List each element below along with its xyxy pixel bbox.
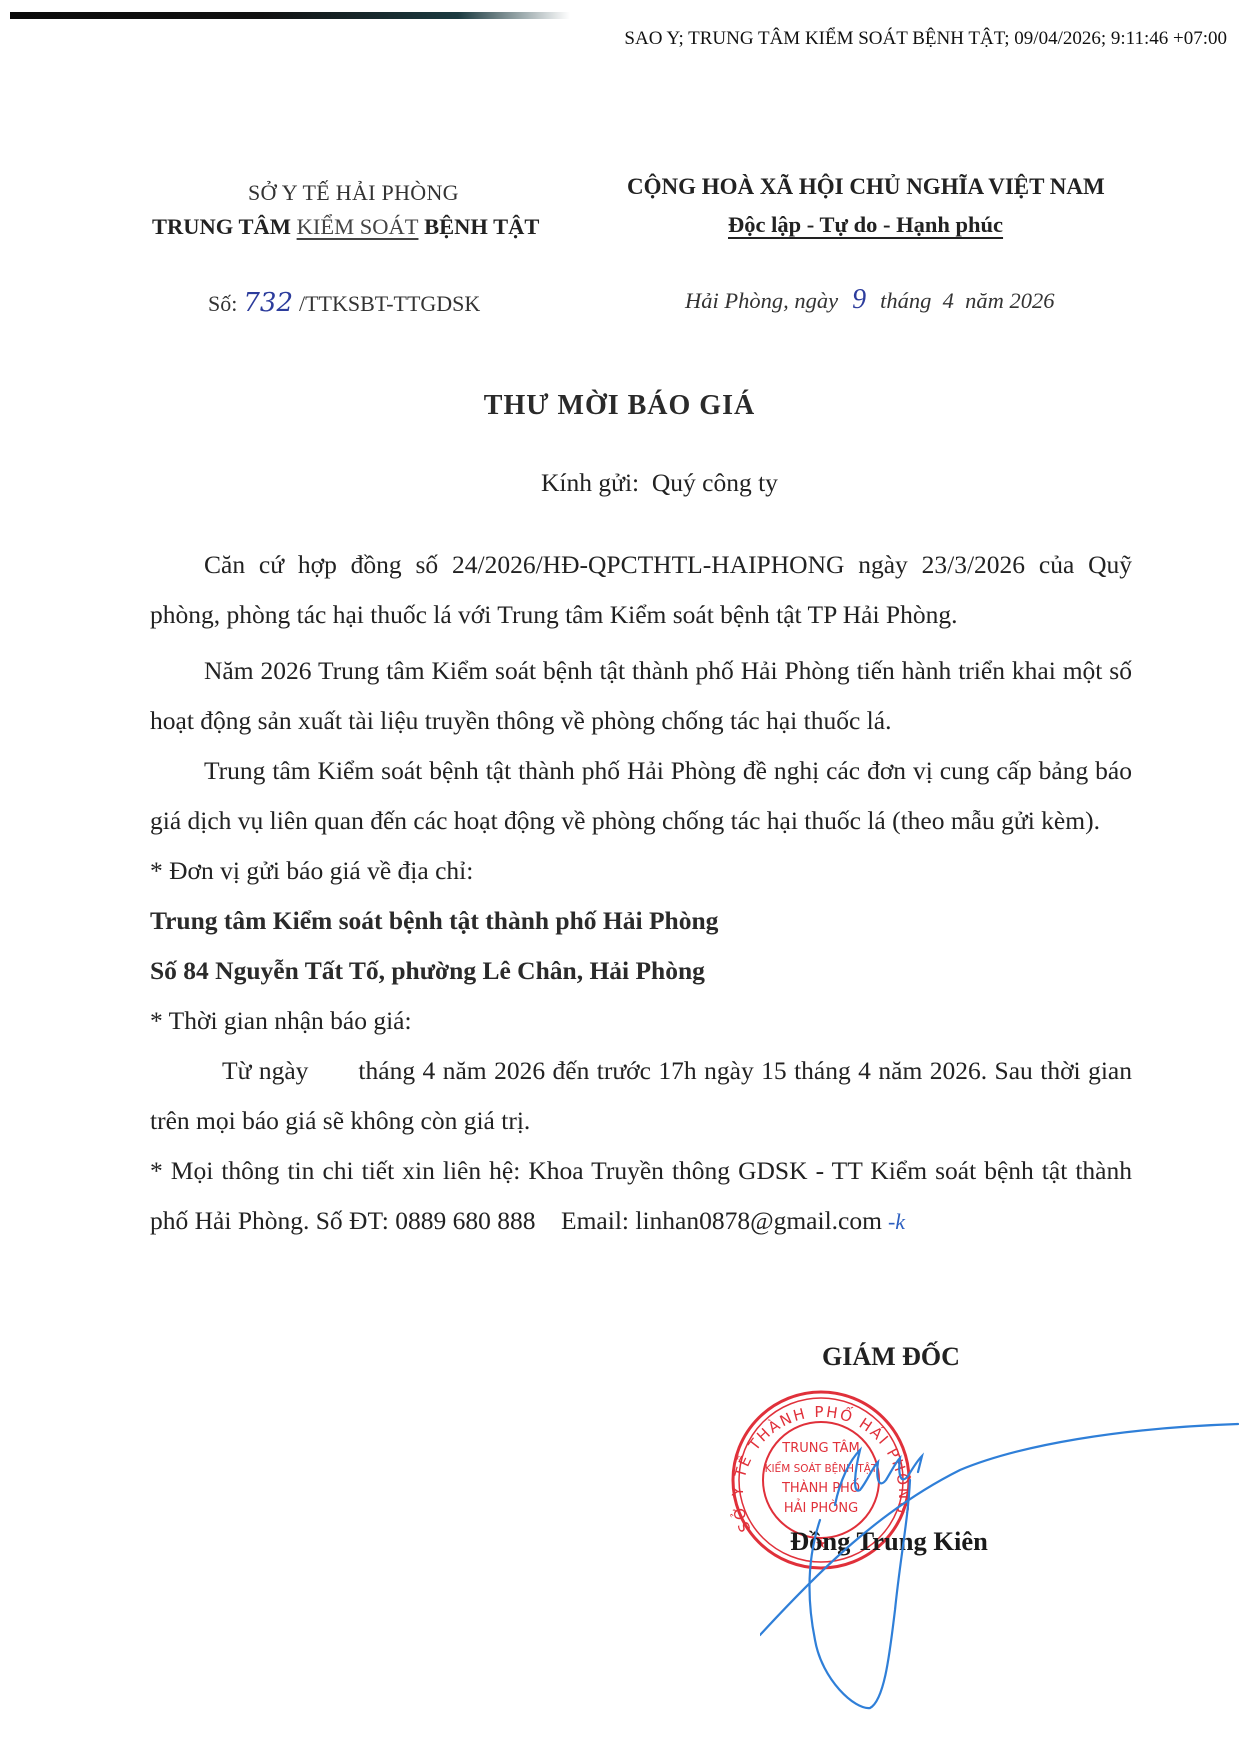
document-number-handwritten: 732 (243, 288, 293, 318)
parent-organization: SỞ Y TẾ HẢI PHÒNG (248, 180, 459, 206)
recipient-line: Kính gửi: Quý công ty (541, 468, 778, 498)
document-title: THƯ MỜI BÁO GIÁ (0, 390, 1239, 422)
document-date: Hải Phòng, ngày9tháng 4 năm 2026 (685, 284, 1054, 316)
time-period: Từ ngàytháng 4 năm 2026 đến trước 17h ng… (150, 1046, 1132, 1146)
paragraph-activities: Năm 2026 Trung tâm Kiểm soát bệnh tật th… (150, 646, 1132, 746)
org-name-suffix: BỆNH TẬT (418, 214, 539, 239)
address-line-organization: Trung tâm Kiểm soát bệnh tật thành phố H… (150, 896, 1132, 946)
time-label: * Thời gian nhận báo giá: (150, 996, 1132, 1046)
svg-text:HẢI PHÒNG: HẢI PHÒNG (784, 1499, 858, 1516)
svg-text:TRUNG TÂM: TRUNG TÂM (781, 1440, 859, 1456)
org-name-underlined: KIỂM SOÁT (297, 214, 419, 239)
signatory-name: Đồng Trung Kiên (790, 1526, 988, 1557)
copy-certification-header: SAO Y; TRUNG TÂM KIỂM SOÁT BỆNH TẬT; 09/… (624, 28, 1227, 50)
svg-text:THÀNH PHỐ: THÀNH PHỐ (781, 1479, 860, 1496)
paragraph-contract-basis: Căn cứ hợp đồng số 24/2026/HĐ-QPCTHTL-HA… (150, 540, 1132, 640)
document-number-code: /TTKSBT-TTGDSK (299, 291, 480, 316)
document-body: Căn cứ hợp đồng số 24/2026/HĐ-QPCTHTL-HA… (150, 540, 1132, 1247)
signatory-title: GIÁM ĐỐC (822, 1342, 960, 1372)
national-title: CỘNG HOÀ XÃ HỘI CHỦ NGHĨA VIỆT NAM (627, 174, 1105, 200)
issuing-organization: TRUNG TÂM KIỂM SOÁT BỆNH TẬT (152, 214, 539, 240)
document-number-label: Số: (208, 291, 237, 316)
address-label: * Đơn vị gửi báo giá về địa chỉ: (150, 846, 1132, 896)
scan-edge-bar (10, 12, 570, 19)
address-line-street: Số 84 Nguyễn Tất Tố, phường Lê Chân, Hải… (150, 946, 1132, 996)
contact-info: * Mọi thông tin chi tiết xin liên hệ: Kh… (150, 1146, 1132, 1247)
time-from: Từ ngày (222, 1056, 308, 1085)
svg-text:KIỂM SOÁT BỆNH TẬT: KIỂM SOÁT BỆNH TẬT (765, 1461, 878, 1475)
date-prefix: Hải Phòng, ngày (685, 288, 838, 313)
national-motto: Độc lập - Tự do - Hạnh phúc (728, 212, 1003, 238)
date-suffix: tháng 4 năm 2026 (880, 288, 1054, 313)
org-name-prefix: TRUNG TÂM (152, 214, 297, 239)
paragraph-request: Trung tâm Kiểm soát bệnh tật thành phố H… (150, 746, 1132, 846)
document-number: Số:732/TTKSBT-TTGDSK (208, 288, 480, 318)
contact-email: Email: linhan0878@gmail.com (561, 1206, 882, 1235)
date-day-handwritten: 9 (852, 284, 866, 315)
handwritten-initials: -k (888, 1209, 905, 1234)
